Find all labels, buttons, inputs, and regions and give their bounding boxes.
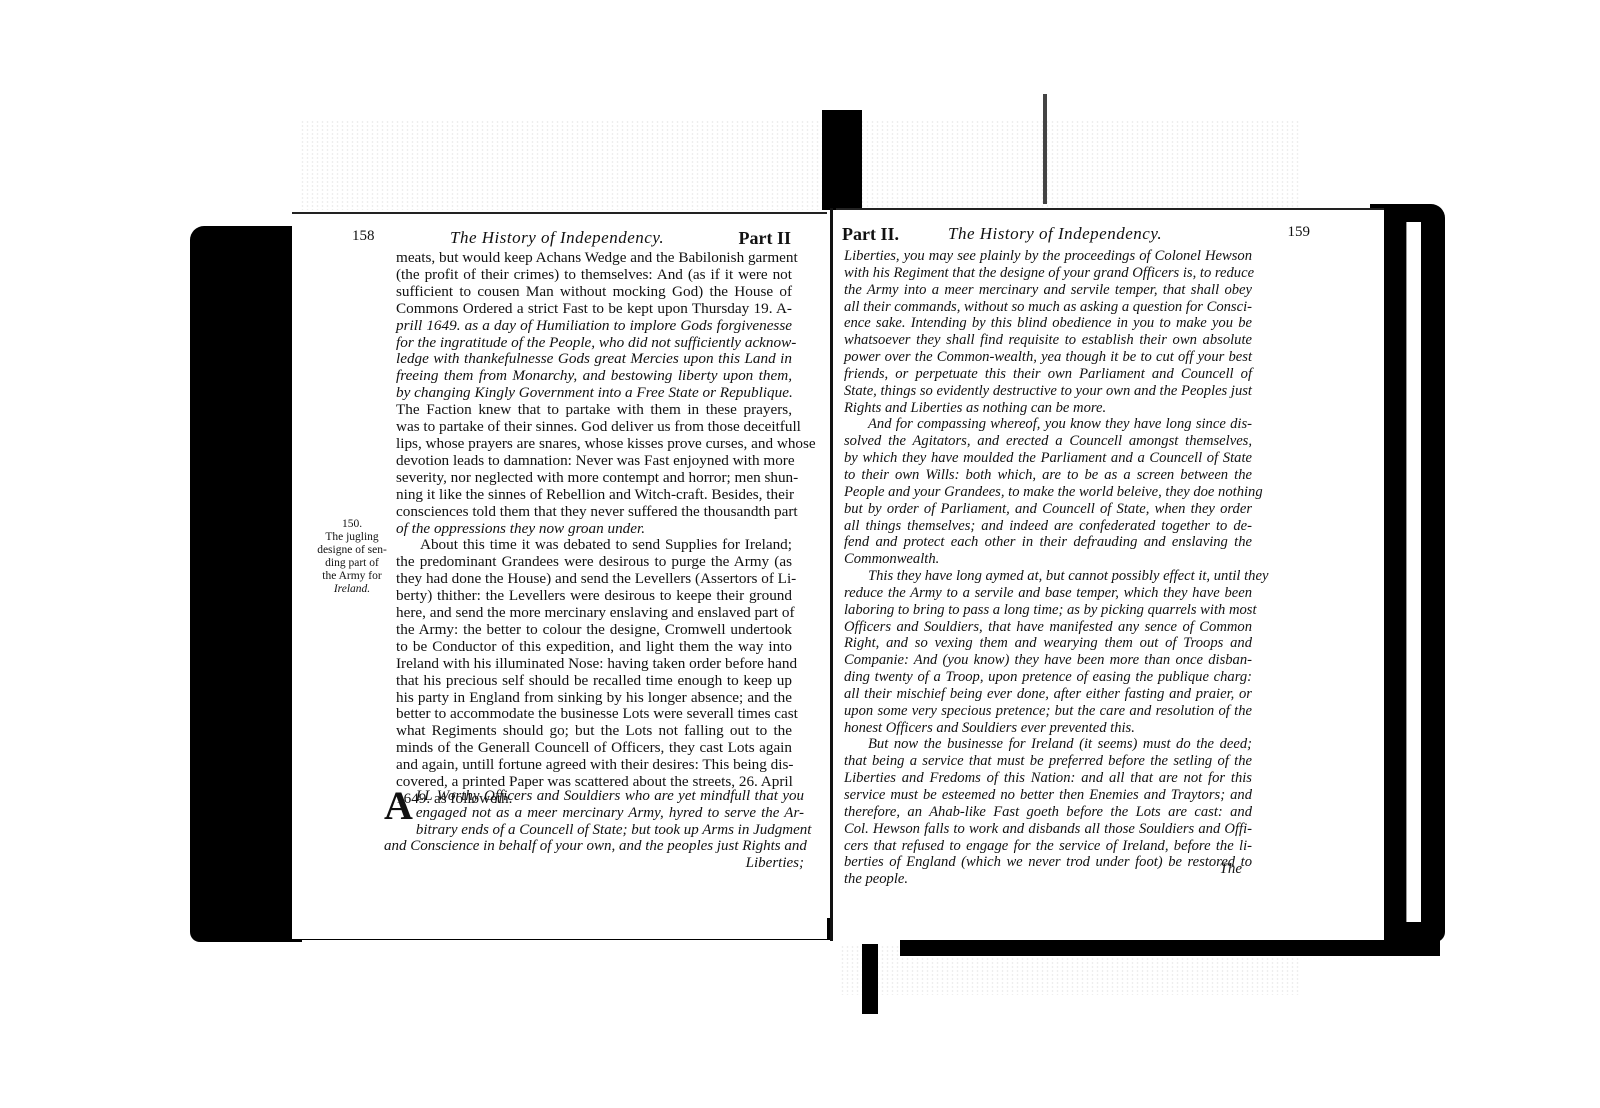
catchword: The: [1220, 861, 1243, 878]
text-line: here, and send the more mercinary enslav…: [396, 605, 792, 622]
proclamation-text: A LL Worthy Officers and Souldiers who a…: [384, 788, 804, 872]
text-line: ning it like the sinnes of Rebellion and…: [396, 487, 792, 504]
text-line: And for compassing whereof, you know the…: [844, 416, 1252, 433]
text-line: all things themselves; and indeed are co…: [844, 518, 1252, 535]
text-line: About this time it was debated to send S…: [396, 537, 792, 554]
text-line: what Regiments should go; but the Lots n…: [396, 723, 792, 740]
text-line: consciences told them that they never su…: [396, 504, 792, 521]
text-line: the Army: the better to colour the desig…: [396, 622, 792, 639]
left-page: 158 The History of Independency. Part II…: [292, 212, 827, 939]
right-page: Part II. The History of Independency. 15…: [836, 208, 1384, 940]
text-line: upon some very specious pretence; but th…: [844, 703, 1252, 720]
text-line: they had done the House) and send the Le…: [396, 571, 792, 588]
margin-note-line: ding part of: [312, 557, 392, 570]
text-line: ledge with thankefulnesse Gods great Mer…: [396, 351, 792, 368]
text-line: bitrary ends of a Councell of State; but…: [384, 822, 804, 839]
margin-note-line: the Army for: [312, 570, 392, 583]
text-line: and Conscience in behalf of your own, an…: [384, 838, 804, 855]
text-line: by changing Kingly Government into a Fre…: [396, 385, 792, 402]
text-line: and again, untill fortune agreed with th…: [396, 757, 792, 774]
text-line: the people.: [844, 871, 1252, 888]
text-line: prill 1649. as a day of Humiliation to i…: [396, 318, 792, 335]
text-line: Liberties;: [384, 855, 804, 872]
page-number: 159: [1288, 224, 1311, 241]
right-page-edge-strip: [1406, 222, 1421, 922]
text-line: Rights and Liberties as nothing can be m…: [844, 400, 1252, 417]
book-gutter: [830, 208, 833, 941]
text-line: power over the Common-wealth, yea though…: [844, 349, 1252, 366]
text-line: better to accommodate the businesse Lots…: [396, 706, 792, 723]
text-line: berties of England (which we never trod …: [844, 854, 1252, 871]
text-line: reduce the Army to a servile and base te…: [844, 585, 1252, 602]
text-line: LL Worthy Officers and Souldiers who are…: [384, 788, 804, 805]
text-line: Commons Ordered a strict Fast to be kept…: [396, 301, 792, 318]
text-line: the predominant Grandees were desirous t…: [396, 554, 792, 571]
page-number: 158: [352, 228, 375, 245]
text-line: berty) thither: the Levellers were desir…: [396, 588, 792, 605]
scan-noise-top: [300, 120, 1300, 210]
drop-cap: A: [384, 789, 413, 823]
margin-note-line: The jugling: [312, 531, 392, 544]
text-line: but by order of Parliament, and Councell…: [844, 501, 1252, 518]
margin-note: 150. The jugling designe of sen- ding pa…: [312, 518, 392, 596]
text-line: Companie: And (you know) they have been …: [844, 652, 1252, 669]
right-body-text: Liberties, you may see plainly by the pr…: [844, 248, 1252, 888]
text-line: service must be esteemed no better then …: [844, 787, 1252, 804]
text-line: all their mischief being ever done, afte…: [844, 686, 1252, 703]
text-line: therefore, an Ahab-like Fast goeth befor…: [844, 804, 1252, 821]
text-line: fend and protect each other in their def…: [844, 534, 1252, 551]
text-line: freeing them from Monarchy, and bestowin…: [396, 368, 792, 385]
text-line: Right, and so vexing them and wearying t…: [844, 635, 1252, 652]
margin-note-number: 150.: [312, 518, 392, 531]
left-body-text: meats, but would keep Achans Wedge and t…: [396, 250, 792, 808]
spine-strip-top: [1043, 94, 1047, 204]
running-title: The History of Independency.: [948, 224, 1162, 244]
text-line: cers that refused to engage for the serv…: [844, 838, 1252, 855]
margin-note-line: designe of sen-: [312, 544, 392, 557]
text-line: The Faction knew that to partake with th…: [396, 402, 792, 419]
text-line: all their commands, without so much as a…: [844, 299, 1252, 316]
text-line: minds of the Generall Councell of Office…: [396, 740, 792, 757]
text-line: sufficient to cousen Man without mocking…: [396, 284, 792, 301]
text-line: Officers and Souldiers, that have manife…: [844, 619, 1252, 636]
spine-shadow-bottom: [862, 944, 878, 1014]
text-line: Ireland with his illuminated Nose: havin…: [396, 656, 792, 673]
right-running-head: Part II. The History of Independency. 15…: [836, 222, 1384, 248]
text-line: ding twenty of a Troop, upon pretence of…: [844, 669, 1252, 686]
text-line: for the ingratitude of the People, who d…: [396, 335, 792, 352]
text-line: Commonwealth.: [844, 551, 1252, 568]
text-line: whatsoever they shall find requisite to …: [844, 332, 1252, 349]
text-line: devotion leads to damnation: Never was F…: [396, 453, 792, 470]
text-line: But now the businesse for Ireland (it se…: [844, 736, 1252, 753]
text-line: Col. Hewson falls to work and disbands a…: [844, 821, 1252, 838]
book-cover-left: [190, 226, 302, 942]
text-line: ence sake. Intending by this blind obedi…: [844, 315, 1252, 332]
text-line: engaged not as a meer mercinary Army, hy…: [384, 805, 804, 822]
text-line: the Army into a meer mercinary and servi…: [844, 282, 1252, 299]
text-line: to their own Wills: both which, are to b…: [844, 467, 1252, 484]
text-line: that being a service that must be prefer…: [844, 753, 1252, 770]
text-line: of the oppressions they now groan under.: [396, 521, 792, 538]
text-line: Liberties and Fredoms of this Nation: an…: [844, 770, 1252, 787]
text-line: State, things so evidently destructive t…: [844, 383, 1252, 400]
text-line: to be Conductor of this expedition, and …: [396, 639, 792, 656]
part-label: Part II.: [842, 224, 899, 245]
text-line: that his precious self should be recalle…: [396, 673, 792, 690]
text-line: by which they have moulded the Parliamen…: [844, 450, 1252, 467]
text-line: honest Officers and Souldiers ever preve…: [844, 720, 1252, 737]
text-line: This they have long aymed at, but cannot…: [844, 568, 1252, 585]
spine-shadow-top: [822, 110, 862, 210]
text-line: (the profit of their crimes) to themselv…: [396, 267, 792, 284]
running-title: The History of Independency.: [450, 228, 664, 248]
text-line: laboring to bring to pass a long time; a…: [844, 602, 1252, 619]
text-line: lips, whose prayers are snares, whose ki…: [396, 436, 792, 453]
margin-note-line: Ireland.: [312, 583, 392, 596]
text-line: meats, but would keep Achans Wedge and t…: [396, 250, 792, 267]
part-label: Part II: [739, 228, 792, 249]
text-line: was to partake of their sinnes. God deli…: [396, 419, 792, 436]
text-line: severity, nor neglected with more contem…: [396, 470, 792, 487]
text-line: solved the Agitators, and erected a Coun…: [844, 433, 1252, 450]
text-line: Liberties, you may see plainly by the pr…: [844, 248, 1252, 265]
text-line: People and your Grandees, to make the wo…: [844, 484, 1252, 501]
text-line: his party in England from sinking by his…: [396, 690, 792, 707]
book-cover-bottom-right: [900, 938, 1440, 956]
text-line: friends, or perpetuate this their own Pa…: [844, 366, 1252, 383]
text-line: with his Regiment that the designe of yo…: [844, 265, 1252, 282]
